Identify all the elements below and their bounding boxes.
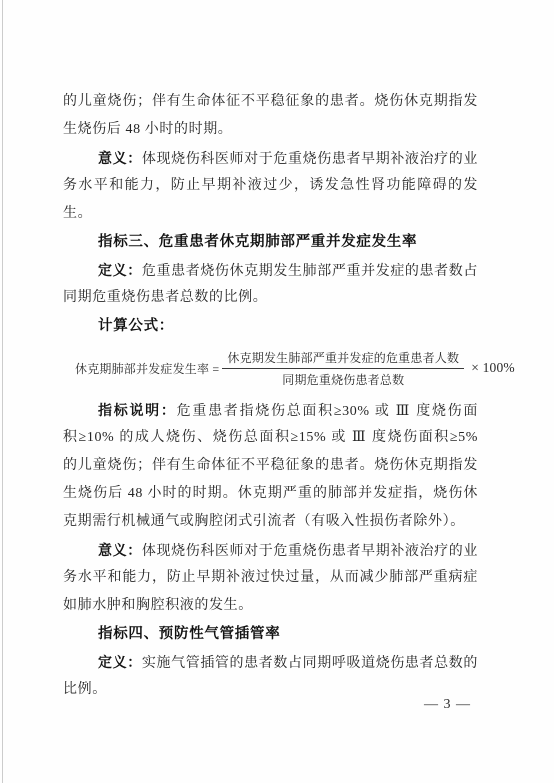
- text-line: 生烧伤后 48 小时的时期。休克期严重的肺部并发症指，烧伤休: [63, 480, 478, 508]
- calculation-formula: 休克期肺部并发症发生率 =休克期发生肺部严重并发症的危重患者人数同期危重烧伤患者…: [63, 340, 478, 396]
- text-line: 务水平和能力，防止早期补液过快过量，从而减少肺部严重病症: [63, 564, 478, 592]
- text-run: 克期需行机械通气或胸腔闭式引流者（有吸入性损伤者除外）。: [63, 514, 465, 529]
- text-line: 指标说明：危重患者指烧伤总面积≥30% 或 Ⅲ 度烧伤面: [63, 396, 478, 424]
- text-run: 的儿童烧伤；伴有生命体征不平稳征象的患者。烧伤休克期指发: [63, 94, 478, 109]
- text-line: 的儿童烧伤；伴有生命体征不平稳征象的患者。烧伤休克期指发: [63, 88, 478, 116]
- bold-label: 意义：: [98, 542, 142, 558]
- text-line: 如肺水肿和胸腔积液的发生。: [63, 592, 478, 620]
- text-run: 的儿童烧伤；伴有生命体征不平稳征象的患者。烧伤休克期指发: [63, 458, 478, 473]
- bold-label: 定义：: [98, 262, 142, 278]
- text-run: 务水平和能力，防止早期补液过少，诱发急性肾功能障碍的发: [63, 178, 478, 193]
- bold-label: 定义：: [98, 654, 142, 670]
- section-heading: 计算公式：: [63, 312, 478, 340]
- bold-label: 指标说明：: [98, 402, 177, 418]
- text-line: 意义：体现烧伤科医师对于危重烧伤患者早期补液治疗的业: [63, 536, 478, 564]
- text-run: 生。: [63, 206, 92, 221]
- formula-denominator: 同期危重烧伤患者总数: [222, 369, 464, 388]
- text-line: 定义：危重患者烧伤休克期发生肺部严重并发症的患者数占: [63, 256, 478, 284]
- text-run: 体现烧伤科医师对于危重烧伤患者早期补液治疗的业: [142, 152, 478, 167]
- text-run: 生烧伤后 48 小时的时期。休克期严重的肺部并发症指，烧伤休: [63, 486, 478, 501]
- text-run: 如肺水肿和胸腔积液的发生。: [63, 598, 253, 613]
- page-number: — 3 —: [424, 697, 471, 713]
- text-line: 意义：体现烧伤科医师对于危重烧伤患者早期补液治疗的业: [63, 144, 478, 172]
- text-run: 积≥10% 的成人烧伤、烧伤总面积≥15% 或 Ⅲ 度烧伤面积≥5%: [63, 430, 478, 445]
- text-run: 比例。: [63, 682, 107, 697]
- text-line: 比例。: [63, 676, 478, 704]
- formula-lhs: 休克期肺部并发症发生率 =: [75, 360, 219, 377]
- bold-label: 意义：: [98, 150, 142, 166]
- text-line: 的儿童烧伤；伴有生命体征不平稳征象的患者。烧伤休克期指发: [63, 452, 478, 480]
- text-line: 生。: [63, 200, 478, 228]
- formula-fraction: 休克期发生肺部严重并发症的危重患者人数同期危重烧伤患者总数: [222, 349, 464, 388]
- text-run: 实施气管插管的患者数占同期呼吸道烧伤患者总数的: [142, 656, 478, 671]
- formula-numerator: 休克期发生肺部严重并发症的危重患者人数: [222, 349, 464, 369]
- text-run: 同期危重烧伤患者总数的比例。: [63, 290, 267, 305]
- text-run: 务水平和能力，防止早期补液过快过量，从而减少肺部严重病症: [63, 570, 478, 585]
- text-run: 体现烧伤科医师对于危重烧伤患者早期补液治疗的业: [142, 544, 478, 559]
- scan-edge-artifact: [2, 0, 3, 783]
- text-run: 计算公式：: [98, 318, 174, 334]
- document-body: 的儿童烧伤；伴有生命体征不平稳征象的患者。烧伤休克期指发生烧伤后 48 小时的时…: [63, 88, 478, 704]
- text-run: 指标三、危重患者休克期肺部严重并发症发生率: [98, 234, 417, 250]
- formula-multiplier: × 100%: [471, 360, 515, 376]
- text-line: 同期危重烧伤患者总数的比例。: [63, 284, 478, 312]
- text-line: 克期需行机械通气或胸腔闭式引流者（有吸入性损伤者除外）。: [63, 508, 478, 536]
- text-run: 生烧伤后 48 小时的时期。: [63, 122, 232, 137]
- text-line: 定义：实施气管插管的患者数占同期呼吸道烧伤患者总数的: [63, 648, 478, 676]
- text-run: 指标四、预防性气管插管率: [98, 626, 280, 642]
- text-line: 积≥10% 的成人烧伤、烧伤总面积≥15% 或 Ⅲ 度烧伤面积≥5%: [63, 424, 478, 452]
- text-line: 务水平和能力，防止早期补液过少，诱发急性肾功能障碍的发: [63, 172, 478, 200]
- scanned-document-page: 的儿童烧伤；伴有生命体征不平稳征象的患者。烧伤休克期指发生烧伤后 48 小时的时…: [0, 0, 554, 783]
- text-line: 生烧伤后 48 小时的时期。: [63, 116, 478, 144]
- section-heading: 指标三、危重患者休克期肺部严重并发症发生率: [63, 228, 478, 256]
- text-run: 危重患者烧伤休克期发生肺部严重并发症的患者数占: [142, 264, 478, 279]
- text-run: 危重患者指烧伤总面积≥30% 或 Ⅲ 度烧伤面: [177, 404, 478, 419]
- section-heading: 指标四、预防性气管插管率: [63, 620, 478, 648]
